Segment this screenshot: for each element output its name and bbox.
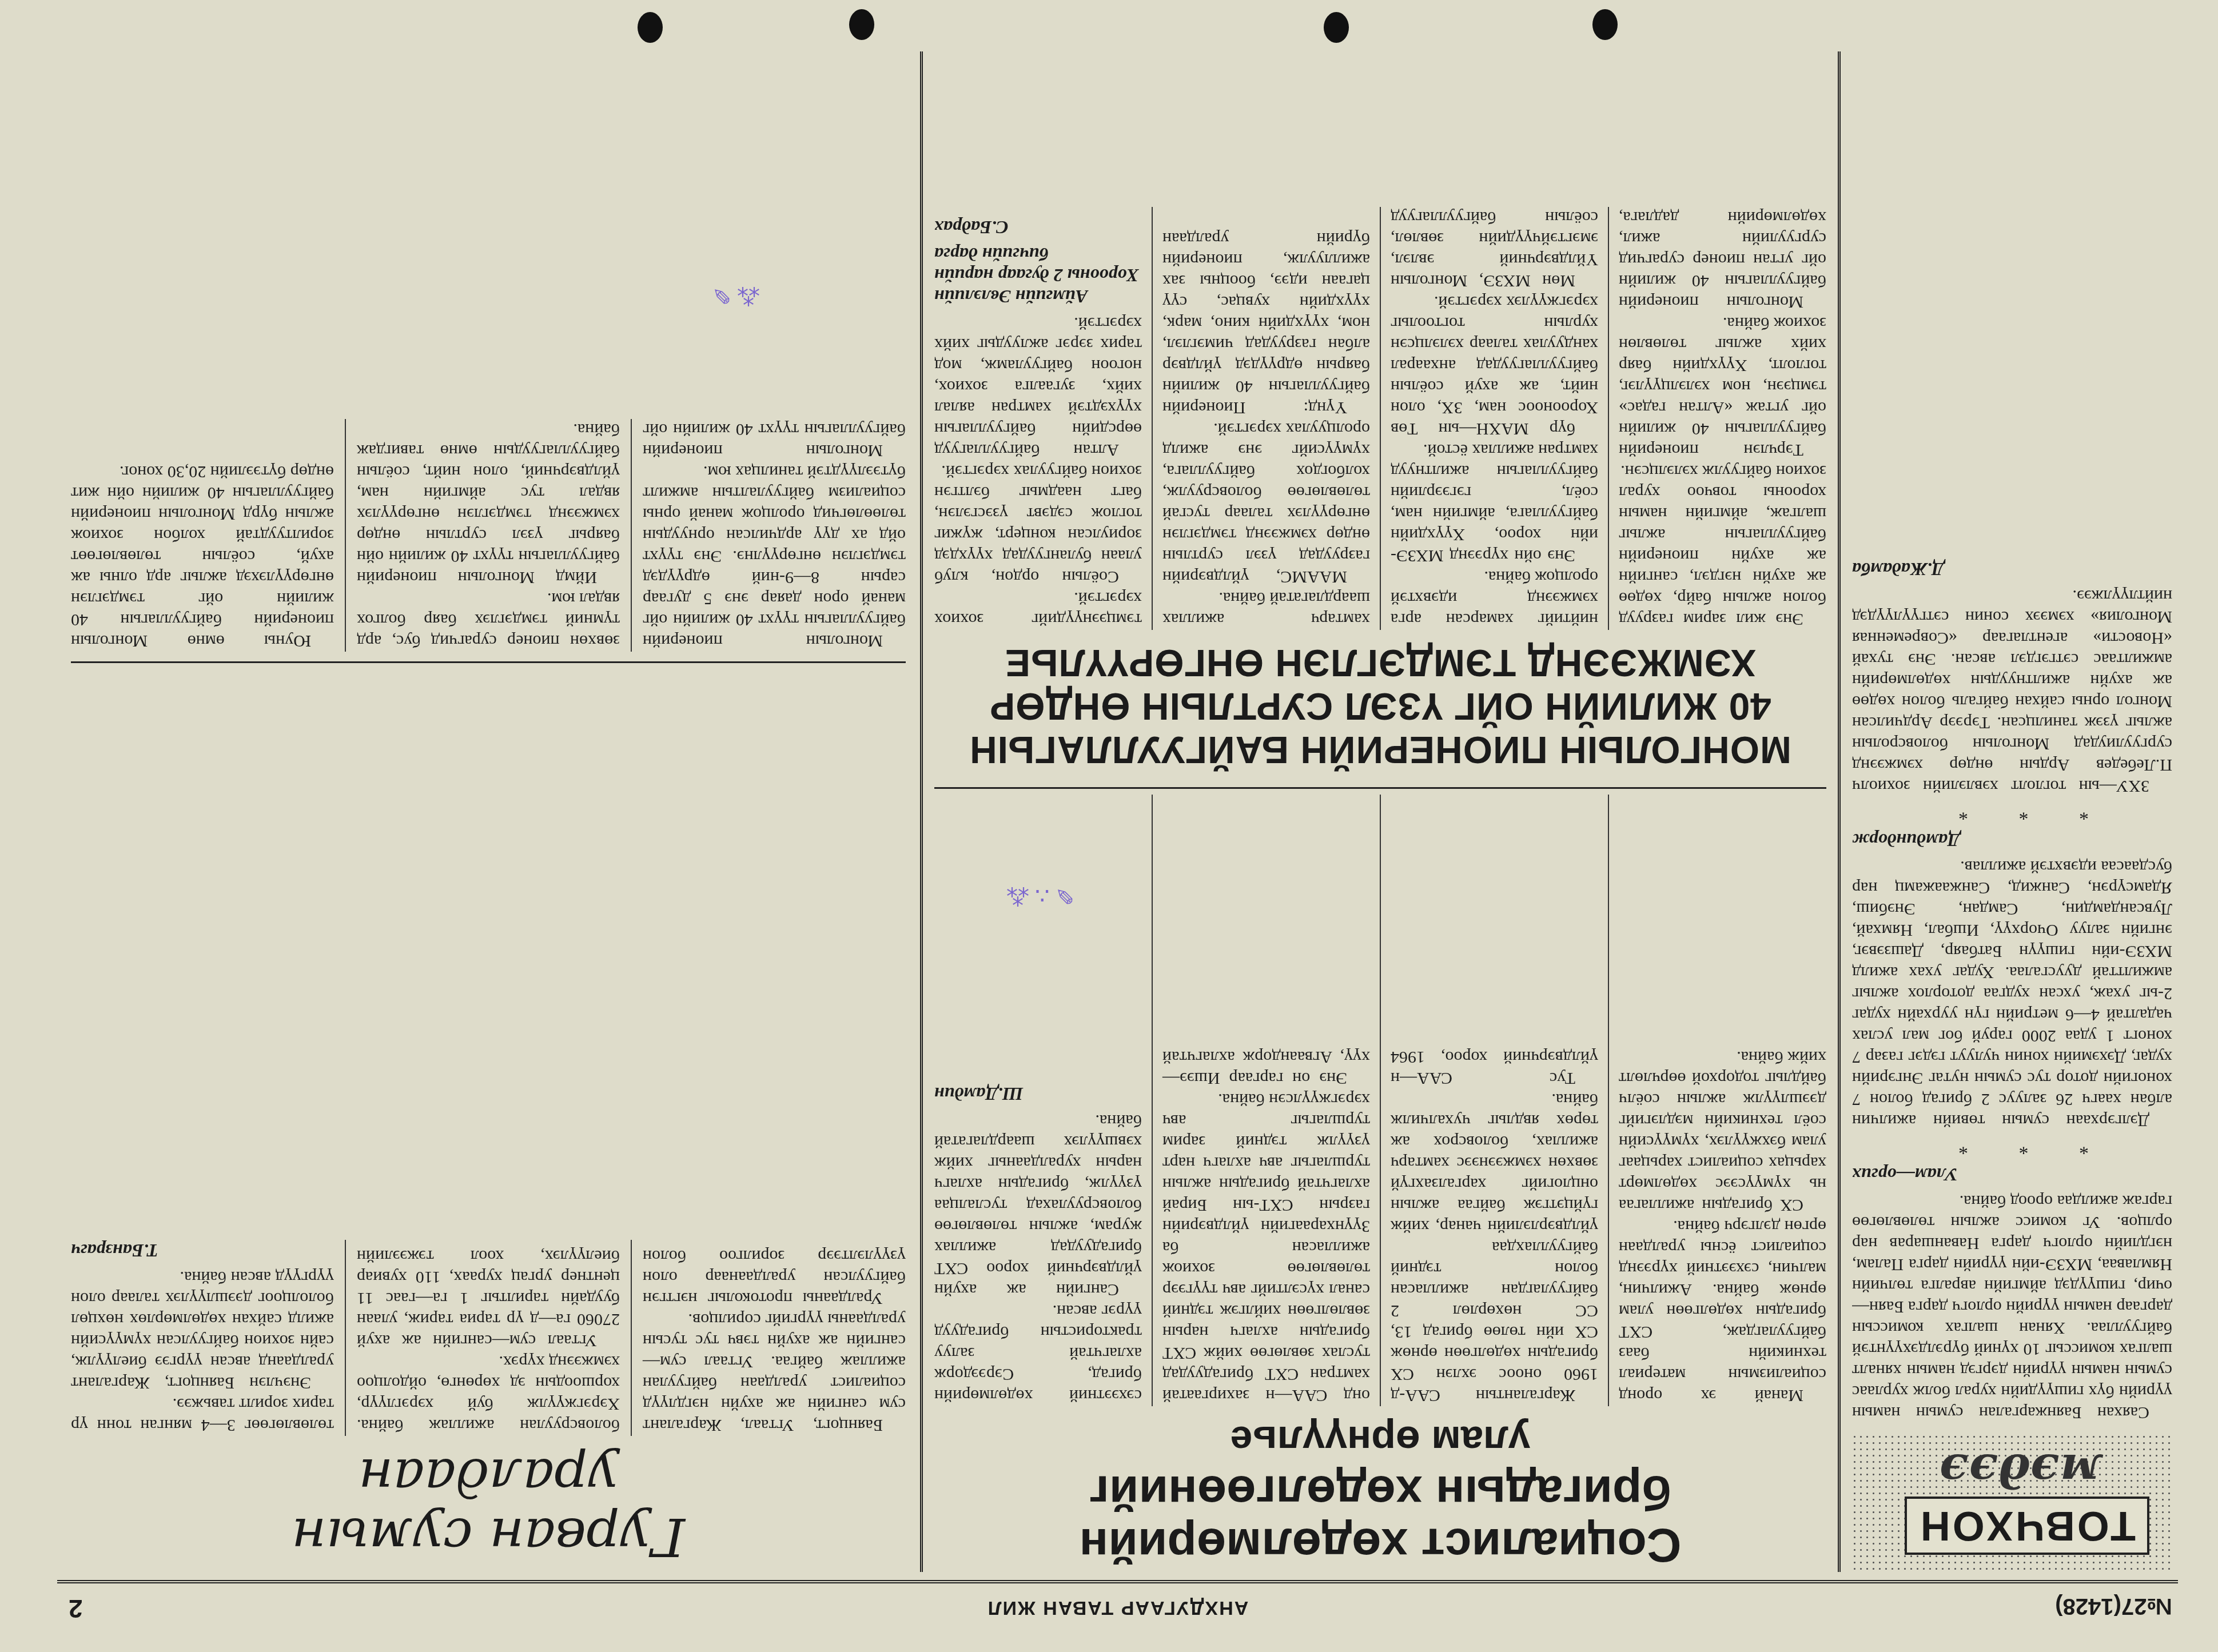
pioneer-body: Энэ жил зарим газрууд болон ажлын байр, … bbox=[934, 207, 1826, 630]
paragraph: Манай эх оронд социализмын материал техн… bbox=[1619, 1216, 1826, 1406]
three-sums-article: Гурван сумын уралдаан Баянцогт, Угтаал, … bbox=[71, 680, 906, 1572]
separator-stars: * * * bbox=[1852, 803, 2172, 824]
socialist-brigades-article: Социалист хөдөлмөрийн бригадын хөдөлгөөн… bbox=[934, 795, 1826, 1572]
pioneer-intro-article: Монголын пионерийн байгууллагын түүхт 40… bbox=[71, 51, 906, 652]
punch-hole bbox=[638, 12, 663, 43]
paragraph: Иймд Монголын пионерийн байгууллагын түү… bbox=[357, 419, 620, 588]
three-sums-headline: Гурван сумын уралдаан bbox=[71, 1447, 906, 1566]
paragraph: Юуны өмнө Монголын пионерийн байгууллагы… bbox=[71, 461, 334, 652]
pioneer-anniversary-article: Монголын пионерийн байгууллагын 40 жилий… bbox=[934, 51, 1826, 777]
brief-news-column: ТОВЧХОН мэдээ Саяхан Баянжаргалан сумын … bbox=[1852, 51, 2172, 1572]
pioneer-headline: Монголын пионерийн байгууллагын 40 жилий… bbox=[934, 641, 1826, 772]
newspaper-page: 2 АНХДУГААР ТАВАН ЖИЛ №27(1428) ТОВЧХОН … bbox=[0, 0, 2218, 1652]
punch-hole bbox=[1592, 9, 1618, 40]
issue-number: №27(1428) bbox=[2055, 1593, 2172, 1619]
three-sums-body: Баянцогт, Угтаал, Жаргалант сум сангийн … bbox=[71, 1240, 906, 1436]
brief-news-body: Саяхан Баянжаргалан сумын намын үүрийн б… bbox=[1852, 558, 2172, 1423]
brief-news-title: ТОВЧХОН bbox=[1905, 1497, 2149, 1555]
paragraph: Жаргалантын САА-д 1960 оноос эхлэн СХ бр… bbox=[1391, 1089, 1598, 1406]
page-content: 2 АНХДУГААР ТАВАН ЖИЛ №27(1428) ТОВЧХОН … bbox=[57, 51, 2178, 1629]
brief-news-header: ТОВЧХОН мэдээ bbox=[1852, 1435, 2172, 1572]
pioneer-headline-line: 40 жилийн ойг үзэл суртлын өндөр bbox=[934, 685, 1826, 728]
pioneer-headline-line: хэмжээнд тэмдэглэн өнгөрүүлье bbox=[934, 641, 1826, 685]
pioneer-author-title: Аймгийн Эвлэлийн Хорооны 2 дугаар нарийн… bbox=[934, 244, 1142, 307]
brief-item-text: Саяхан Баянжаргалан сумын намын үүрийн б… bbox=[1852, 1191, 2172, 1423]
paragraph: Соёлын ордон, клуб улаан булангуудад хүү… bbox=[934, 461, 1142, 588]
paragraph: Энэ жил зарим газрууд болон ажлын байр, … bbox=[1619, 461, 1826, 630]
three-sums-headline-line1: Гурван сумын bbox=[71, 1507, 906, 1566]
section-rule bbox=[71, 661, 906, 663]
paragraph: Тэрчлэн пионерийн байгууллагын 40 жилийн… bbox=[1619, 313, 1826, 461]
column-rule bbox=[920, 51, 923, 1572]
socialist-subheadline: улам өрнүүлье bbox=[934, 1418, 1826, 1463]
brief-item-author: Улам—оргих bbox=[1852, 1164, 2172, 1185]
brief-item-text: ЗХУ—ын тоглолт хэвлэлийн зохиолч П.Лебед… bbox=[1852, 585, 2172, 797]
paragraph: Монголын пионерийн байгууллагын түүхт 40… bbox=[643, 461, 906, 652]
socialist-headline-line1: Социалист хөдөлмөрийн bbox=[934, 1519, 1826, 1572]
masthead: 2 АНХДУГААР ТАВАН ЖИЛ №27(1428) bbox=[57, 1580, 2178, 1629]
paragraph: Энэ ойн хүрээнд МХЗЭ-ийн хороо, Хүүхдийн… bbox=[1391, 440, 1598, 566]
socialist-author: Ш.Дамдин bbox=[934, 1083, 1142, 1104]
brief-item-author: Д.Жадамба bbox=[1852, 558, 2172, 580]
brief-news-subtitle: мэдээ bbox=[1940, 1444, 2104, 1498]
three-sums-author: Т.Банзрагч bbox=[71, 1240, 334, 1261]
paragraph: бүр МАХН—ын Төв Хорооноос нам, ЗХ, олон … bbox=[1391, 292, 1598, 440]
brief-item-author: Дамдиндорж bbox=[1852, 829, 2172, 851]
paragraph: Энэчлэн Баянцогт, Жаргалант уралдаанд ав… bbox=[71, 1267, 334, 1394]
paragraph: Баянцогт, Угтаал, Жаргалант сум сангийн … bbox=[643, 1309, 906, 1436]
brief-item-text: Дэлгэрхаан сумын төвийн ажилчин албан ха… bbox=[1852, 856, 2172, 1131]
socialist-headline-line2: бригадын хөдөлгөөнийг bbox=[934, 1467, 1826, 1519]
paragraph: Сангийн аж ахуйн үйлдвэрчний хороо СХТ б… bbox=[934, 1110, 1142, 1300]
pioneer-headline-line: Монголын пионерийн байгууллагын bbox=[934, 728, 1826, 772]
paragraph: СХ бригадын ажиллагаа нь хүмүүсээс хөдөл… bbox=[1619, 1047, 1826, 1216]
punch-hole bbox=[1324, 12, 1349, 43]
paragraph: МААМС, үйлдвэрийн газруудад үзэл суртлын… bbox=[1162, 418, 1370, 588]
year-label: АНХДУГААР ТАВАН ЖИЛ bbox=[57, 1597, 2178, 1619]
separator-stars: * * * bbox=[1852, 1137, 2172, 1158]
column-rule bbox=[1838, 51, 1841, 1572]
ink-stain: ⁂ ✎ bbox=[712, 282, 760, 309]
three-sums-headline-line2: уралдаан bbox=[71, 1447, 906, 1507]
punch-hole bbox=[849, 9, 874, 40]
pioneer-intro-body: Монголын пионерийн байгууллагын түүхт 40… bbox=[71, 419, 906, 652]
pioneer-author: С.Бадрах bbox=[934, 217, 1142, 238]
section-rule bbox=[934, 787, 1826, 789]
paragraph: Алтан байгууллагууд өөрсдийн байгууллагы… bbox=[934, 313, 1142, 461]
ink-stain: ✎ ∴ ⁂ bbox=[1006, 882, 1074, 909]
